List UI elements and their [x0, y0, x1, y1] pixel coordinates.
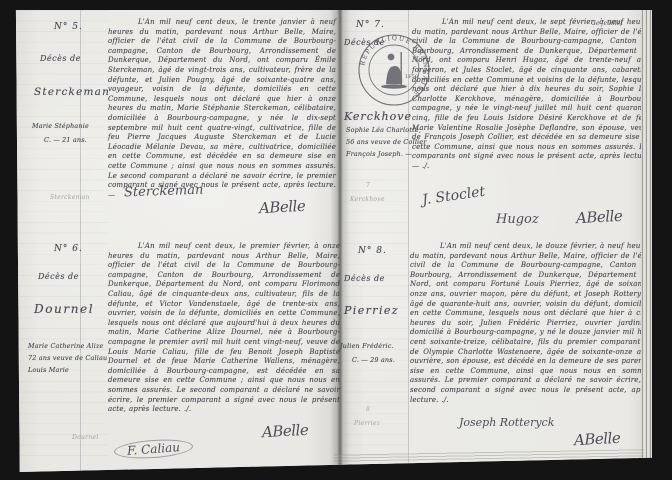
page-edge-stack — [641, 10, 652, 460]
act-margin-title: Décès de — [344, 38, 385, 47]
register-scan: N° 5. Décès de Sterckeman Marie Stéphani… — [0, 0, 672, 480]
act-body-text: L'An mil neuf cent deux, le douze févrie… — [410, 242, 652, 405]
signature: Joseph Rotteryck — [459, 416, 554, 429]
margin-detail: Julien Frédéric. — [340, 342, 394, 350]
signature: Hugoz — [496, 212, 539, 227]
margin-detail: François Joseph. — — [346, 150, 412, 158]
mayor-signature: ABelle — [259, 197, 306, 217]
mayor-signature: ABelle — [262, 421, 309, 441]
margin-detail: Marie Catherine Alize — [28, 342, 104, 350]
stamp-denomination: 1F50 — [405, 74, 418, 80]
margin-rule-left — [80, 10, 81, 472]
stamp-figure-icon — [381, 52, 407, 89]
act-body-text: L'An mil neuf cent deux, le trente janvi… — [108, 18, 336, 200]
margin-detail: 72 ans veuve de Caliau — [28, 354, 107, 362]
mayor-signature: ABelle — [576, 207, 623, 227]
act-margin-title: Décès de — [344, 274, 385, 283]
act-number: N° 7. — [356, 20, 385, 30]
act-margin-name: Pierriez — [344, 304, 399, 317]
act-number: N° 5. — [54, 22, 83, 32]
act-number: N° 8. — [358, 246, 387, 256]
signature: J. Stoclet — [421, 184, 486, 209]
margin-detail: C. — 29 ans. — [352, 356, 395, 364]
page-gutter — [330, 10, 350, 472]
pencil-annotation: Kerckhove — [350, 196, 385, 203]
feuillet-note: 3e feuillet — [592, 20, 623, 27]
margin-detail: Sophie Léa Charlotte, — [346, 126, 421, 134]
act-margin-title: Décès de — [40, 54, 81, 63]
margin-detail: Louis Marie — [28, 366, 69, 374]
pencil-number: 8 — [366, 406, 370, 413]
act-margin-name: Dournel — [34, 302, 94, 316]
act-margin-title: Décès de — [38, 272, 79, 281]
act-margin-name: Kerckhove — [344, 110, 412, 123]
pencil-annotation: Sterckeman — [50, 194, 90, 201]
pencil-number: 7 — [366, 182, 370, 189]
act-margin-name: Sterckeman — [34, 86, 110, 98]
pencil-annotation: Pierriez — [354, 420, 380, 427]
signature: F. Caliau — [113, 437, 193, 460]
ruled-lines-left — [14, 10, 108, 462]
pencil-annotation: Dournel — [72, 434, 99, 441]
act-body-text: L'An mil neuf cent deux, le sept février… — [412, 18, 652, 172]
mayor-signature: ABelle — [574, 429, 621, 449]
paper: N° 5. Décès de Sterckeman Marie Stéphani… — [14, 10, 652, 472]
signature: Sterckeman — [124, 183, 204, 201]
margin-detail: Marie Stéphanie — [32, 122, 89, 130]
act-body-text: L'An mil neuf cent deux, le premier févr… — [108, 242, 340, 415]
act-number: N° 6. — [54, 244, 83, 254]
margin-detail: C. — 21 ans. — [44, 136, 87, 144]
